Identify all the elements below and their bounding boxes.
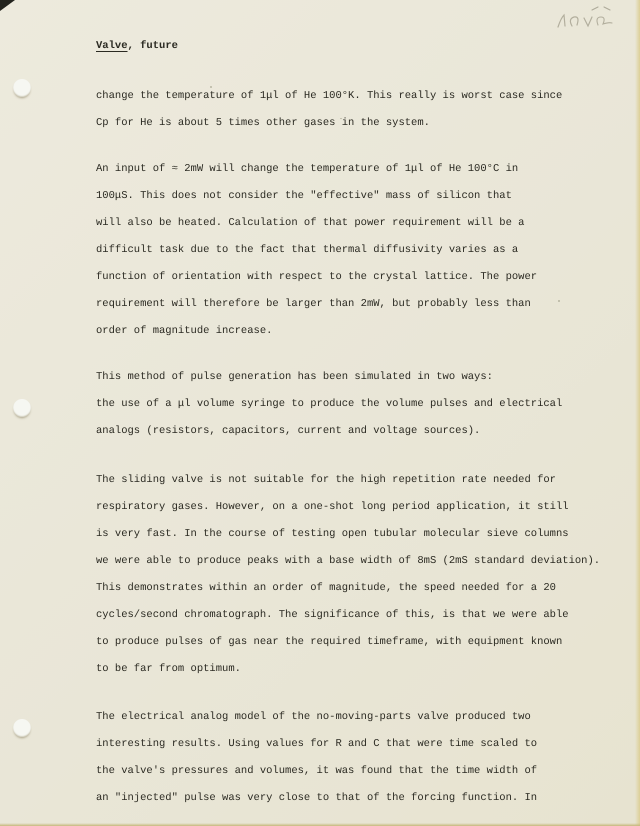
page-title-underlined: Valve: [96, 40, 128, 52]
page-edge-right: [635, 0, 640, 826]
scanned-document-page: Valve, future change the temperature of …: [0, 0, 640, 826]
paragraph-4: The sliding valve is not suitable for th…: [96, 467, 624, 683]
paragraph-1: change the temperature of 1μl of He 100°…: [96, 83, 624, 137]
scan-corner-artifact: [0, 0, 15, 11]
paragraph-3: This method of pulse generation has been…: [96, 364, 624, 445]
typewritten-content: Valve, future change the temperature of …: [96, 33, 624, 812]
punch-hole-top: [13, 79, 31, 97]
paragraph-2: An input of ≈ 2mW will change the temper…: [96, 156, 624, 345]
paragraph-5: The electrical analog model of the no-mo…: [96, 704, 624, 812]
page-title: Valve, future: [96, 33, 624, 60]
punch-hole-bottom: [13, 719, 31, 737]
punch-hole-middle: [13, 399, 31, 417]
page-title-suffix: , future: [128, 40, 178, 52]
